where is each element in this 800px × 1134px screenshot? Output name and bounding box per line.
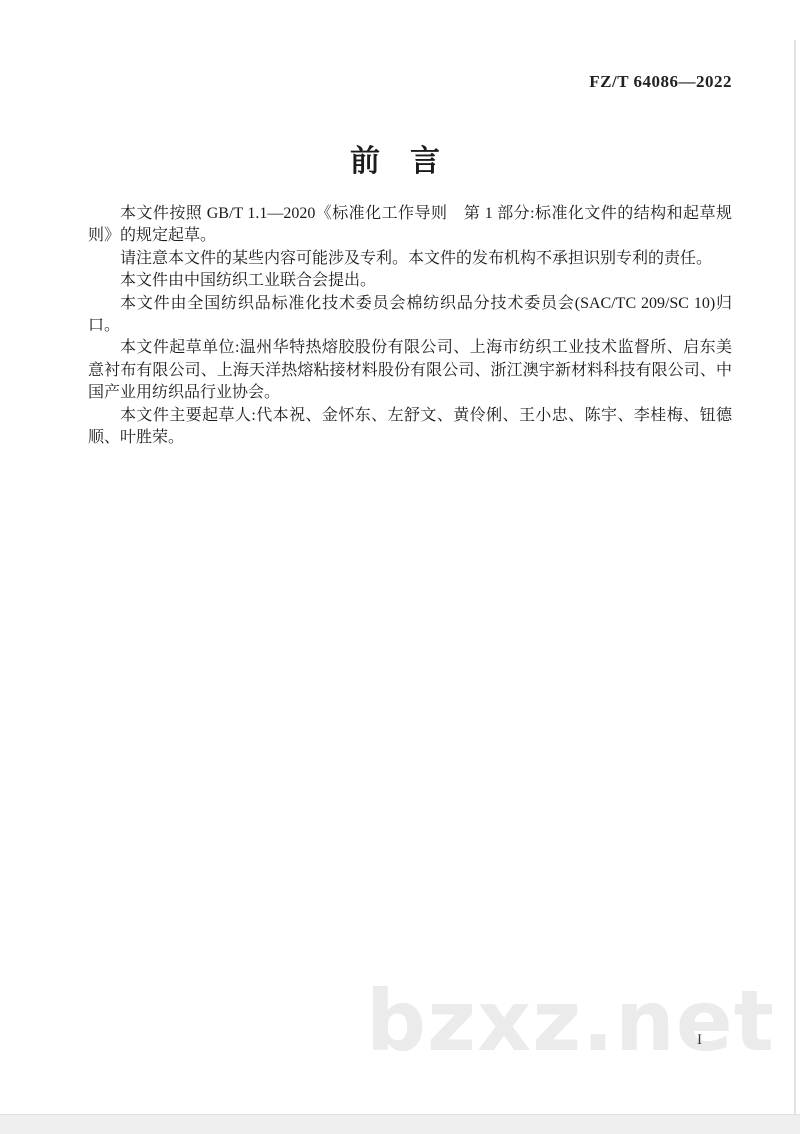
- paragraph-drafting-organizations: 本文件起草单位:温州华特热熔胶股份有限公司、上海市纺织工业技术监督所、启东美意衬…: [88, 337, 732, 404]
- paragraph-main-drafters: 本文件主要起草人:代本祝、金怀东、左舒文、黄伶俐、王小忠、陈宇、李桂梅、钮德顺、…: [88, 405, 732, 450]
- foreword-content: 本文件按照 GB/T 1.1—2020《标准化工作导则 第 1 部分:标准化文件…: [88, 203, 732, 449]
- scan-edge-right: [794, 40, 796, 1134]
- watermark: bzxz.net: [366, 972, 775, 1070]
- paragraph-drafting-rules: 本文件按照 GB/T 1.1—2020《标准化工作导则 第 1 部分:标准化文件…: [88, 203, 732, 248]
- scan-edge-bottom: [0, 1114, 800, 1134]
- paragraph-patent-notice: 请注意本文件的某些内容可能涉及专利。本文件的发布机构不承担识别专利的责任。: [88, 248, 732, 270]
- page-title: 前 言: [0, 136, 790, 180]
- paragraph-proposed-by: 本文件由中国纺织工业联合会提出。: [88, 270, 732, 292]
- page-number: I: [697, 1032, 702, 1049]
- paragraph-centralized-by: 本文件由全国纺织品标准化技术委员会棉纺织品分技术委员会(SAC/TC 209/S…: [88, 293, 732, 338]
- document-page: bzxz.net FZ/T 64086—2022 前 言 本文件按照 GB/T …: [0, 0, 800, 1134]
- standard-number: FZ/T 64086—2022: [589, 72, 732, 92]
